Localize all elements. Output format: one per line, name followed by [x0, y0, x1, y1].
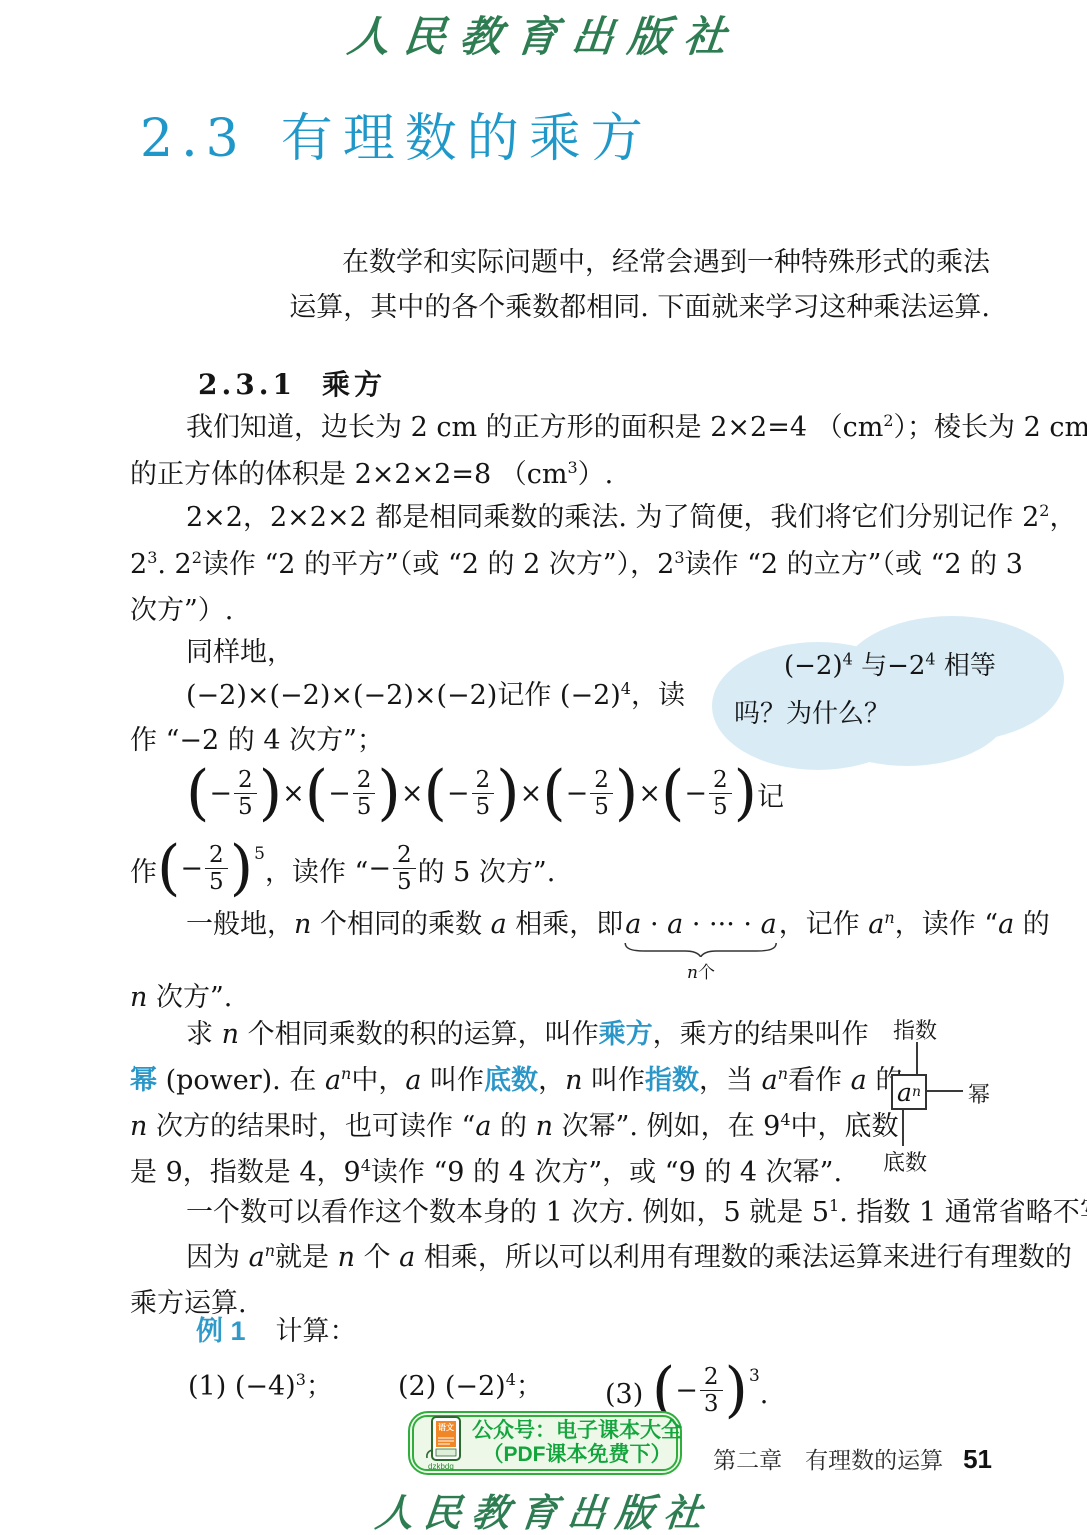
underbrace-icon: [623, 941, 778, 957]
text-run: (−2): [784, 651, 843, 681]
superscript: 2: [1039, 501, 1049, 520]
text-run: 次方”.: [147, 982, 232, 1013]
body-line: 同样地，: [186, 636, 294, 670]
fraction-product-line: (−25)×(−25)×(−25)×(−25)×(−25)记: [186, 773, 784, 824]
text-run: (−2)×(−2)×(−2)×(−2)记作 (−2): [186, 680, 621, 711]
variable: a: [405, 1065, 421, 1096]
text-run: 叫作: [421, 1065, 484, 1096]
problem-item: (1) (−4)3；: [188, 1370, 333, 1404]
superscript: 4: [361, 1156, 371, 1175]
intro-line: 在数学和实际问题中，经常会遇到一种特殊形式的乘法: [342, 246, 990, 280]
middle-dot: ·: [692, 909, 701, 940]
right-paren: ): [230, 833, 253, 903]
text-run: 因为: [186, 1242, 249, 1273]
variable: n: [130, 982, 147, 1013]
numerator: 2: [700, 1366, 723, 1390]
text-run: ，: [538, 1065, 565, 1096]
fraction: 25: [205, 844, 228, 895]
example-heading: 例 1计算：: [196, 1314, 357, 1349]
text-run: 的正方体的体积是 2×2×2=8 （cm: [130, 459, 567, 490]
denominator: 5: [234, 793, 257, 819]
text-run: 中，: [351, 1065, 405, 1096]
minus-sign: −: [368, 853, 391, 884]
text-run: 次幂”. 例如，在 9: [553, 1111, 780, 1142]
superscript: 4: [843, 649, 853, 668]
problem-item: (2) (−2)4；: [398, 1370, 543, 1404]
left-paren: (: [542, 758, 565, 828]
base-variable: a: [897, 1078, 912, 1107]
left-paren: (: [305, 758, 328, 828]
connector-line: [927, 1090, 963, 1092]
text-run: 一般地，: [186, 909, 294, 940]
text-run: ）；棱长为 2 cm: [894, 412, 1087, 443]
variable: a: [667, 909, 683, 940]
text-run: 同样地，: [186, 637, 294, 668]
variable: a: [851, 1065, 867, 1096]
denominator: 5: [590, 793, 613, 819]
superscript: 3: [147, 548, 157, 567]
denominator: 5: [353, 793, 376, 819]
text-run: 是 9，指数是 4，9: [130, 1157, 361, 1188]
body-line: 一个数可以看作这个数本身的 1 次方. 例如，5 就是 51. 指数 1 通常省…: [186, 1196, 1087, 1230]
superscript: n: [265, 1241, 275, 1260]
text-run: 我们知道，边长为 2 cm 的正方形的面积是 2×2=4 （cm: [186, 412, 883, 443]
superscript: 3: [567, 458, 577, 477]
left-paren: (: [661, 758, 684, 828]
body-line: n 次方”.: [130, 981, 232, 1015]
underbrace-group: a · a · ··· · an个: [623, 908, 778, 942]
text-run: 吗？为什么？: [734, 699, 890, 729]
section-title: 2.3有理数的乘方: [140, 96, 653, 171]
fraction: 25: [590, 769, 613, 820]
superscript: 4: [780, 1110, 790, 1129]
text-run: .: [760, 1379, 769, 1410]
numerator: 2: [472, 769, 495, 793]
minus-sign: −: [684, 778, 707, 809]
text-run: 的 5 次方”.: [418, 857, 556, 888]
fraction: 25: [353, 769, 376, 820]
text-run: 叫作: [582, 1065, 645, 1096]
superscript: 4: [506, 1370, 516, 1389]
svg-text:语文: 语文: [438, 1422, 454, 1432]
left-paren: (: [157, 833, 180, 903]
left-paren: (: [423, 758, 446, 828]
variable: a: [868, 909, 884, 940]
numerator: 2: [353, 769, 376, 793]
minus-sign: −: [566, 778, 589, 809]
variable: n: [536, 1111, 553, 1142]
variable: a: [762, 1065, 778, 1096]
text-run: 的: [491, 1111, 535, 1142]
superscript: n: [778, 1064, 788, 1083]
variable: a: [475, 1111, 491, 1142]
text-run: . 指数 1 通常省略不写.: [839, 1197, 1087, 1228]
body-line: 是 9，指数是 4，94读作 “9 的 4 次方”，或 “9 的 4 次幂”.: [130, 1156, 842, 1190]
denominator: 5: [205, 868, 228, 894]
text-run: 的: [1014, 909, 1050, 940]
text-run: 次方”）.: [130, 595, 233, 626]
minus-sign: −: [447, 778, 470, 809]
section-title-text: 有理数的乘方: [281, 109, 653, 169]
key-term: 幂: [130, 1065, 157, 1095]
text-run: 求: [186, 1019, 222, 1050]
body-line: 23. 22读作 “2 的平方”（或 “2 的 2 次方”），23读作 “2 的…: [130, 548, 1023, 582]
power-box: an: [891, 1074, 927, 1110]
badge-line-1: 公众号：电子课本大全: [472, 1419, 682, 1443]
bubble-text-line: (−2)4 与−24 相等: [784, 650, 996, 682]
superscript: 4: [925, 649, 935, 668]
superscript: 2: [883, 411, 893, 430]
example-text: 计算：: [276, 1316, 357, 1347]
ellipsis: ···: [709, 909, 735, 940]
section-number: 2.3: [140, 109, 247, 169]
key-term: 指数: [645, 1065, 699, 1095]
right-paren: ): [496, 758, 519, 828]
fraction: 25: [709, 769, 732, 820]
body-line: 2×2，2×2×2 都是相同乘数的乘法. 为了简便，我们将它们分别记作 22，: [186, 501, 1076, 535]
power-label: 幂: [968, 1078, 990, 1109]
text-run: (power). 在: [157, 1065, 325, 1096]
text-run: 作 “−2 的 4 次方”；: [130, 725, 384, 756]
text-run: 与−2: [853, 651, 926, 681]
variable: n: [130, 1111, 147, 1142]
text-run: 个: [698, 963, 715, 983]
page-footer: 第二章 有理数的运算51: [0, 1442, 992, 1475]
minus-sign: −: [675, 1375, 698, 1406]
chapter-title: 第二章 有理数的运算: [713, 1448, 943, 1474]
text-run: 记: [757, 782, 784, 813]
numerator: 2: [393, 844, 416, 868]
variable: n: [338, 1242, 355, 1273]
variable: a: [399, 1242, 415, 1273]
example-label: 例 1: [196, 1316, 246, 1346]
text-run: ，读作 “: [895, 909, 998, 940]
middle-dot: ·: [650, 909, 659, 940]
superscript: n: [884, 908, 894, 927]
superscript: 4: [621, 679, 631, 698]
superscript: 2: [192, 548, 202, 567]
text-run: ）.: [578, 459, 614, 490]
fraction: 23: [700, 1366, 723, 1417]
text-run: 读作 “9 的 4 次方”，或 “9 的 4 次幂”.: [371, 1157, 842, 1188]
base-label: 底数: [883, 1146, 927, 1177]
text-run: (1) (−4): [188, 1371, 296, 1402]
denominator: 5: [472, 793, 495, 819]
minus-sign: −: [328, 778, 351, 809]
subsection-title: 乘方: [322, 369, 386, 400]
variable: n: [565, 1065, 582, 1096]
text-run: 读作 “2 的立方”（或 “2 的 3: [685, 549, 1023, 580]
times-sign: ×: [401, 778, 424, 809]
text-run: 在数学和实际问题中，经常会遇到一种特殊形式的乘法: [342, 247, 990, 278]
text-run: ，记作: [779, 909, 869, 940]
body-line: 幂 (power). 在 an中，a 叫作底数，n 叫作指数，当 an看作 a …: [130, 1063, 902, 1098]
right-paren: ): [615, 758, 638, 828]
page-number: 51: [963, 1444, 992, 1474]
variable: n: [294, 909, 311, 940]
text-run: 相乘，所以可以利用有理数的乘法运算来进行有理数的: [415, 1242, 1072, 1273]
superscript: 1: [829, 1196, 839, 1215]
text-run: ，当: [699, 1065, 762, 1096]
right-paren: ): [377, 758, 400, 828]
text-run: ，读作 “: [265, 857, 368, 888]
numerator: 2: [709, 769, 732, 793]
exponent: 5: [254, 844, 265, 864]
numerator: 2: [234, 769, 257, 793]
times-sign: ×: [638, 778, 661, 809]
exponent: 3: [749, 1366, 760, 1386]
variable: a: [761, 909, 777, 940]
bubble-text-line: 吗？为什么？: [734, 698, 890, 730]
body-line: 作 “−2 的 4 次方”；: [130, 724, 384, 758]
text-run: . 2: [157, 549, 191, 580]
text-run: (2) (−2): [398, 1371, 506, 1402]
exponent-label: 指数: [893, 1014, 937, 1045]
text-run: 个相同的乘数: [311, 909, 490, 940]
text-run: ，: [1049, 502, 1076, 533]
key-term: 底数: [484, 1065, 538, 1095]
fraction: 25: [234, 769, 257, 820]
numerator: 2: [590, 769, 613, 793]
text-run: ，乘方的结果叫作: [653, 1019, 869, 1050]
body-line: 的正方体的体积是 2×2×2=8 （cm3）.: [130, 458, 613, 492]
variable: n: [687, 963, 698, 983]
text-run: (3): [605, 1379, 652, 1410]
text-run: ；: [516, 1371, 543, 1402]
fraction-read-line: 作(−25)5，读作 “−25的 5 次方”.: [130, 848, 555, 899]
text-run: 相等: [936, 651, 996, 681]
fraction: 25: [472, 769, 495, 820]
right-paren: ): [734, 758, 757, 828]
text-run: 2: [130, 549, 147, 580]
times-sign: ×: [520, 778, 543, 809]
connector-line: [902, 1110, 904, 1146]
variable: a: [325, 1065, 341, 1096]
right-paren: ): [259, 758, 282, 828]
superscript: 3: [296, 1370, 306, 1389]
key-term: 乘方: [599, 1019, 653, 1049]
text-run: 次方的结果时，也可读作 “: [147, 1111, 475, 1142]
body-line: 求 n 个相同乘数的积的运算，叫作乘方，乘方的结果叫作: [186, 1017, 869, 1052]
body-line: (−2)×(−2)×(−2)×(−2)记作 (−2)4，读: [186, 679, 685, 713]
left-paren: (: [186, 758, 209, 828]
right-paren: ): [725, 1355, 748, 1425]
underbrace-label: n个: [687, 956, 715, 990]
body-line: n 次方的结果时，也可读作 “a 的 n 次幂”. 例如，在 94中，底数: [130, 1110, 899, 1144]
numerator: 2: [205, 844, 228, 868]
textbook-page: 人民教育出版社 2.3有理数的乘方 在数学和实际问题中，经常会遇到一种特殊形式的…: [0, 0, 1087, 1535]
middle-dot: ·: [743, 909, 752, 940]
text-run: 运算，其中的各个乘数都相同. 下面就来学习这种乘法运算.: [289, 292, 990, 323]
superscript: 3: [674, 548, 684, 567]
text-run: ，读: [631, 680, 685, 711]
variable: a: [491, 909, 507, 940]
text-run: 一个数可以看作这个数本身的 1 次方. 例如，5 就是 5: [186, 1197, 829, 1228]
variable: n: [222, 1019, 239, 1050]
fraction: 25: [393, 844, 416, 895]
denominator: 5: [393, 868, 416, 894]
denominator: 3: [700, 1390, 723, 1416]
power-notation-diagram: 指数 an 幂 底数: [880, 1014, 1020, 1174]
text-run: 读作 “2 的平方”（或 “2 的 2 次方”），2: [202, 549, 674, 580]
text-run: ；: [306, 1371, 333, 1402]
text-run: 2×2，2×2×2 都是相同乘数的乘法. 为了简便，我们将它们分别记作 2: [186, 502, 1039, 533]
intro-line: 运算，其中的各个乘数都相同. 下面就来学习这种乘法运算.: [289, 291, 990, 325]
body-line: 因为 an就是 n 个 a 相乘，所以可以利用有理数的乘法运算来进行有理数的: [186, 1241, 1072, 1275]
body-line: 一般地，n 个相同的乘数 a 相乘，即a · a · ··· · an个，记作 …: [186, 908, 1050, 942]
subsection-number: 2.3.1: [198, 368, 296, 401]
variable: a: [249, 1242, 265, 1273]
text-run: 作: [130, 857, 157, 888]
variable: a: [998, 909, 1014, 940]
times-sign: ×: [282, 778, 305, 809]
superscript: n: [341, 1064, 351, 1083]
publisher-logo-top: 人民教育出版社: [344, 4, 742, 64]
text-run: 个: [355, 1242, 399, 1273]
text-run: 个相同乘数的积的运算，叫作: [239, 1019, 599, 1050]
denominator: 5: [709, 793, 732, 819]
minus-sign: −: [209, 778, 232, 809]
body-line: 我们知道，边长为 2 cm 的正方形的面积是 2×2=4 （cm2）；棱长为 2…: [186, 411, 1087, 445]
text-run: 就是: [275, 1242, 338, 1273]
body-line: 次方”）.: [130, 594, 233, 628]
text-run: 相乘，即: [507, 909, 624, 940]
publisher-logo-bottom: 人民教育出版社: [373, 1482, 715, 1535]
minus-sign: −: [180, 853, 203, 884]
thought-bubble: (−2)4 与−24 相等 吗？为什么？: [712, 616, 1064, 770]
variable: a: [625, 909, 641, 940]
subsection-heading: 2.3.1乘方: [198, 363, 386, 403]
text-run: 看作: [788, 1065, 851, 1096]
